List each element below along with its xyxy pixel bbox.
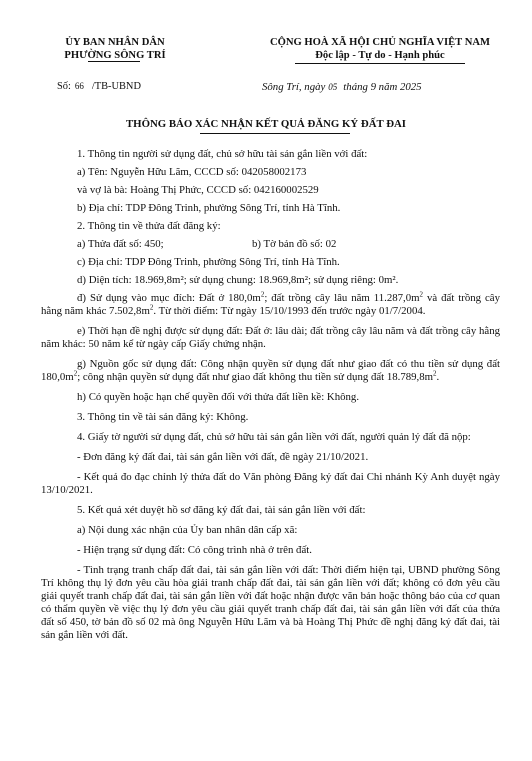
date-prefix: Sông Trí, ngày — [262, 81, 325, 93]
issue-date: Sông Trí, ngày05tháng 9 năm 2025 — [262, 81, 422, 93]
dispute-status: - Tình trạng tranh chấp đất đai, tài sản… — [41, 564, 500, 642]
land-origin: g) Nguồn gốc sử dụng đất: Công nhận quyề… — [41, 358, 500, 384]
document-page: ỦY BAN NHÂN DÂN PHƯỜNG SÔNG TRÍ CỘNG HOÀ… — [0, 0, 532, 761]
origin-text: . — [437, 371, 440, 383]
section-1-heading: 1. Thông tin người sử dụng đất, chủ sở h… — [41, 148, 500, 161]
agency-line-1: ỦY BAN NHÂN DÂN — [42, 36, 188, 49]
map-sheet: b) Tờ bản đồ số: 02 — [252, 238, 336, 250]
document-body: 1. Thông tin người sử dụng đất, chủ sở h… — [41, 148, 500, 642]
section-3-heading: 3. Thông tin về tài sản đăng ký: Không. — [41, 411, 500, 424]
section-4-heading: 4. Giấy tờ người sử dụng đất, chủ sở hữu… — [41, 431, 500, 444]
parcel-address: c) Địa chỉ: TDP Đông Trinh, phường Sông … — [41, 256, 500, 269]
purpose-text: đ) Sử dụng vào mục đích: Đất ở 180,0m — [77, 292, 261, 304]
parcel-info: a) Thửa đất số: 450;b) Tờ bản đồ số: 02 — [41, 238, 500, 251]
purpose-text: ; đất trồng cây lâu năm 11.287,0m — [264, 292, 419, 304]
section-5a-heading: a) Nội dung xác nhận của Ủy ban nhân dân… — [41, 524, 500, 537]
spouse-name: và vợ là bà: Hoàng Thị Phức, CCCD số: 04… — [41, 184, 500, 197]
country-name: CỘNG HOÀ XÃ HỘI CHỦ NGHĨA VIỆT NAM — [230, 36, 530, 49]
land-use-term: e) Thời hạn đề nghị được sử dụng đất: Đấ… — [41, 325, 500, 351]
doc-number-suffix: /TB-UBND — [92, 81, 141, 92]
date-suffix: tháng 9 năm 2025 — [343, 81, 421, 93]
submitted-document-1: - Đơn đăng ký đất đai, tài sản gắn liền … — [41, 451, 500, 464]
title-underline — [200, 133, 350, 134]
owner-name: a) Tên: Nguyễn Hữu Lãm, CCCD số: 0420580… — [41, 166, 500, 179]
current-land-use: - Hiện trạng sử dụng đất: Có công trình … — [41, 544, 500, 557]
section-2-heading: 2. Thông tin về thửa đất đăng ký: — [41, 220, 500, 233]
submitted-document-2: - Kết quả đo đạc chỉnh lý thửa đất do Vă… — [41, 471, 500, 497]
parcel-area: d) Diện tích: 18.969,8m²; sử dụng chung:… — [41, 274, 500, 287]
land-use-purpose: đ) Sử dụng vào mục đích: Đất ở 180,0m2; … — [41, 292, 500, 318]
doc-number-label: Số: — [57, 81, 71, 92]
document-title: THÔNG BÁO XÁC NHẬN KẾT QUẢ ĐĂNG KÝ ĐẤT Đ… — [0, 118, 532, 130]
issuing-agency: ỦY BAN NHÂN DÂN PHƯỜNG SÔNG TRÍ — [42, 36, 188, 62]
document-number: Số:66/TB-UBND — [57, 81, 141, 92]
section-5-heading: 5. Kết quả xét duyệt hồ sơ đăng ký đất đ… — [41, 504, 500, 517]
origin-text: ; công nhận quyền sử dụng đất như giao đ… — [77, 371, 433, 383]
owner-address: b) Địa chỉ: TDP Đông Trinh, phường Sông … — [41, 202, 500, 215]
doc-number-value: 66 — [75, 81, 84, 91]
date-day: 05 — [328, 82, 337, 92]
adjacent-rights: h) Có quyền hoặc hạn chế quyền đối với t… — [41, 391, 500, 404]
parcel-number: a) Thửa đất số: 450; — [77, 238, 252, 251]
national-header: CỘNG HOÀ XÃ HỘI CHỦ NGHĨA VIỆT NAM Độc l… — [230, 36, 530, 64]
motto: Độc lập - Tự do - Hạnh phúc — [230, 49, 530, 62]
agency-underline — [88, 61, 140, 62]
motto-underline — [295, 63, 465, 64]
purpose-text: . Từ thời điểm: Từ ngày 15/10/1993 đến t… — [153, 305, 425, 317]
